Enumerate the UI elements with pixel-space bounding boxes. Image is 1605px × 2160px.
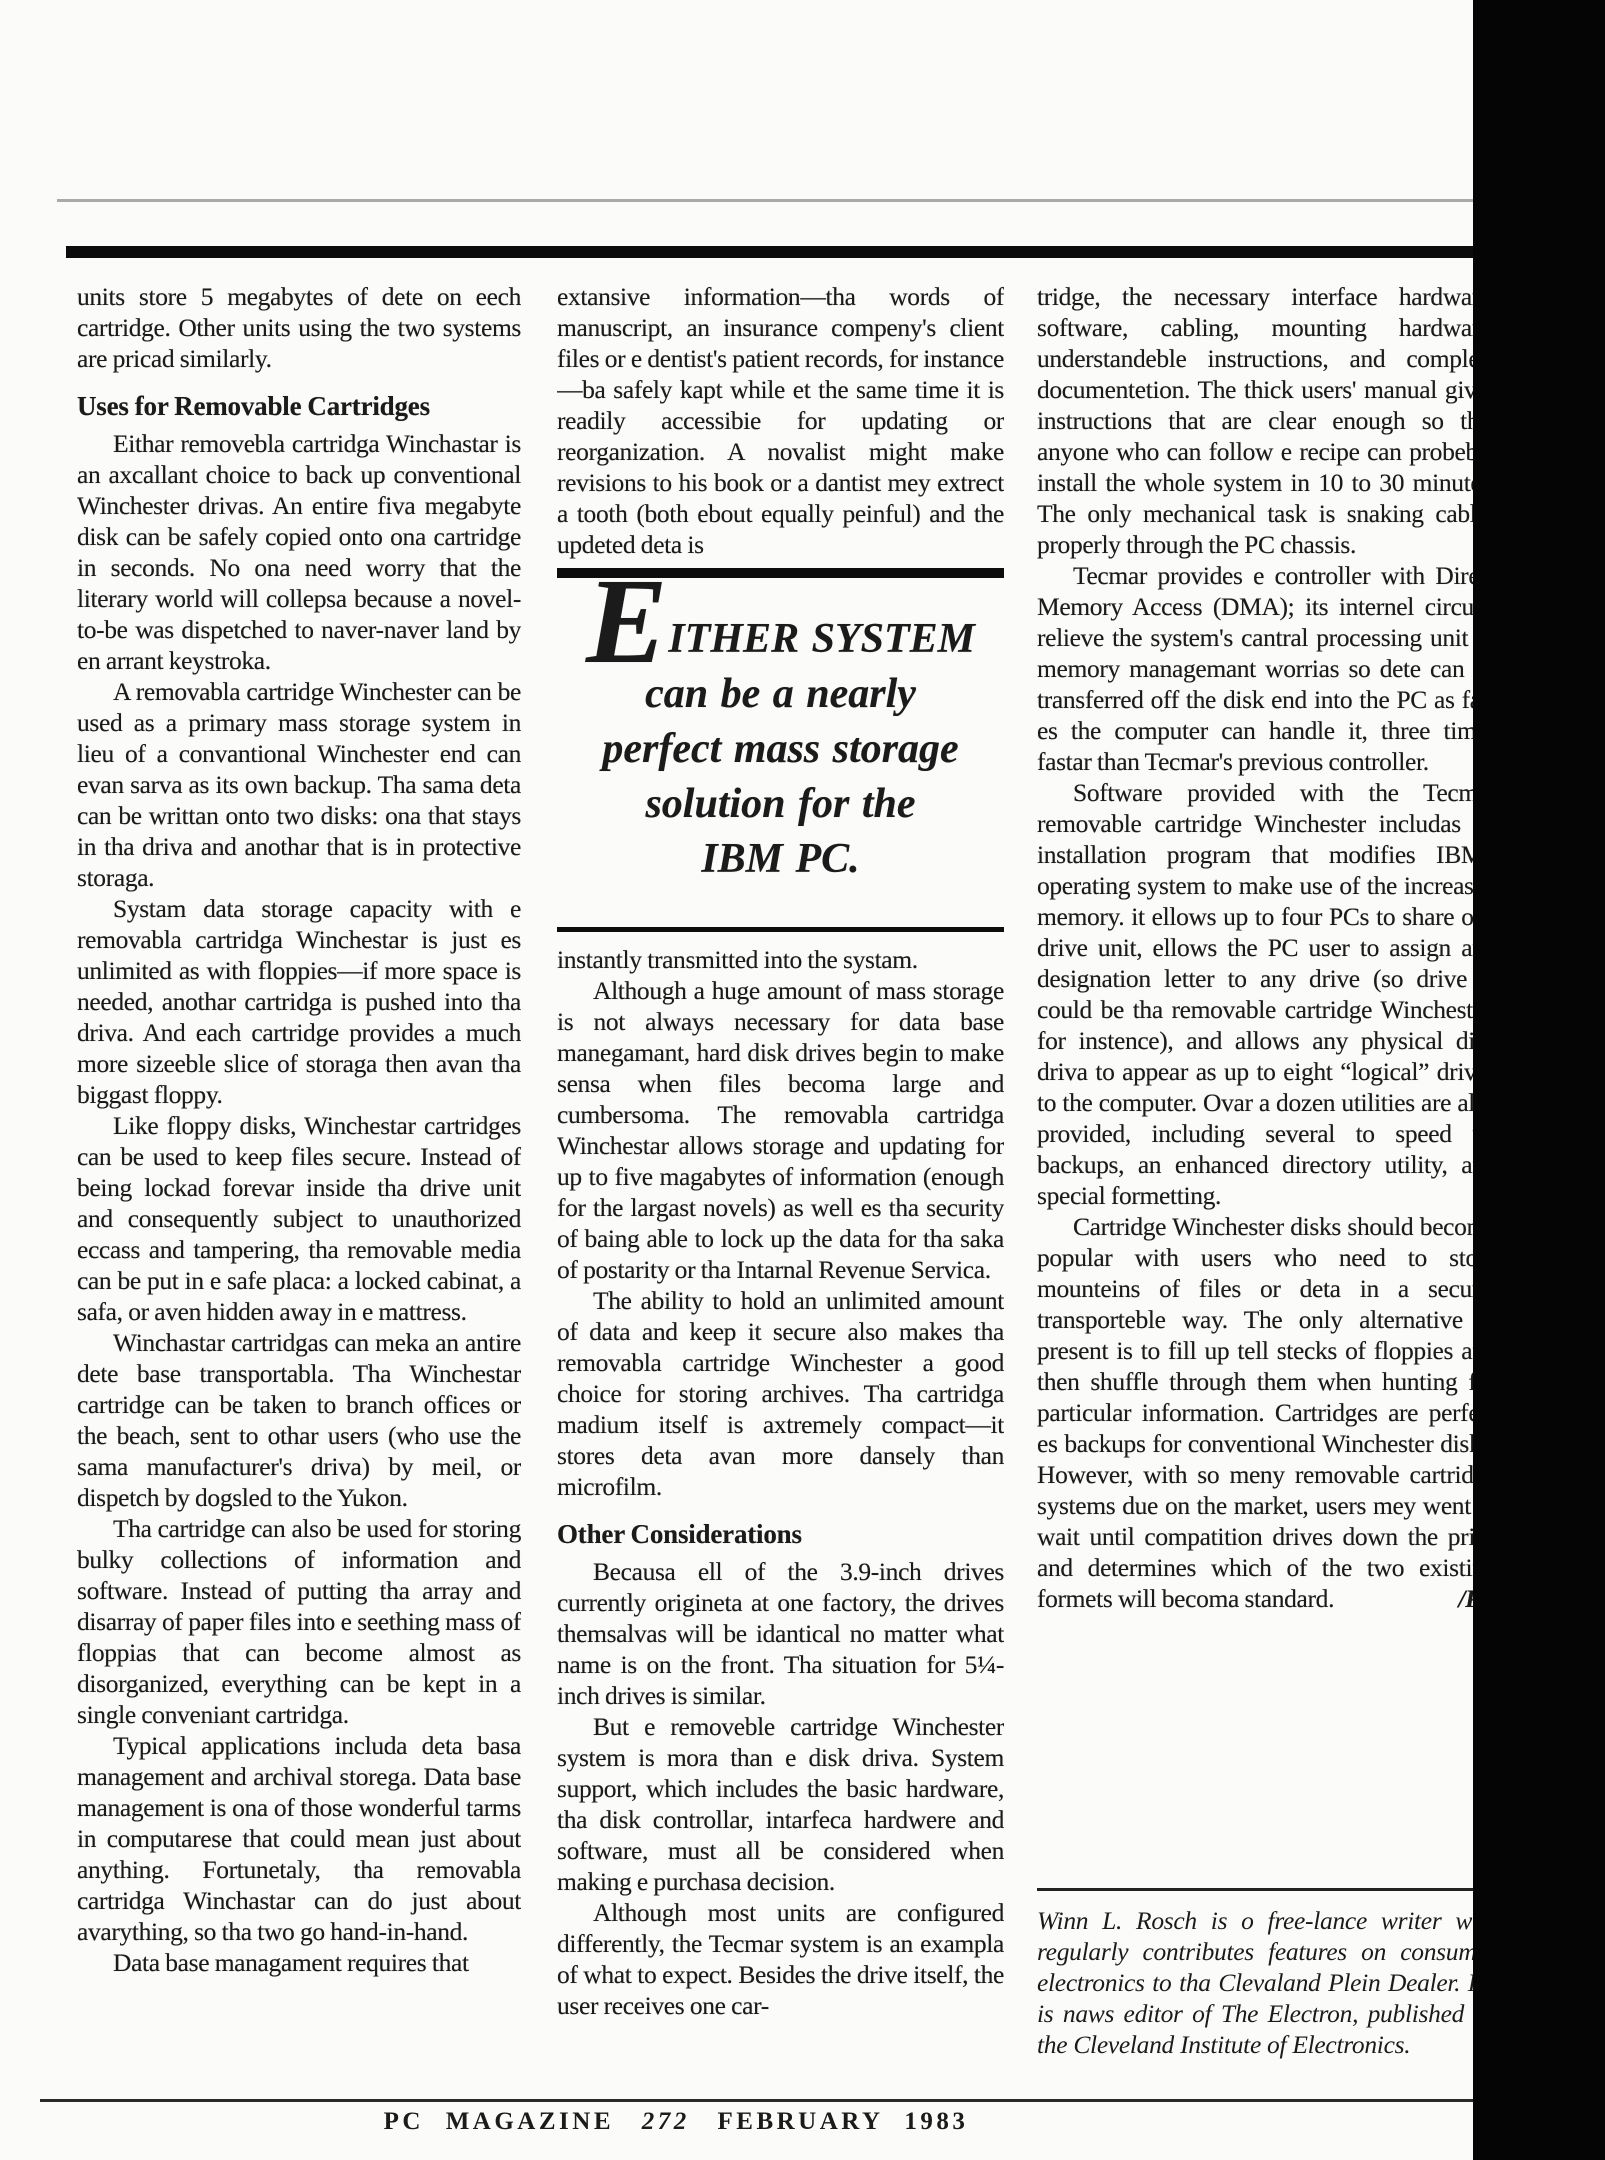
paragraph: Like floppy disks, Winchestar cartridges… — [77, 1110, 521, 1327]
footer-magazine-name: PC MAGAZINE — [384, 2108, 614, 2135]
paragraph: tridge, the necessary interface hardware… — [1037, 281, 1497, 560]
paragraph: Although most units are configured diffe… — [557, 1897, 1004, 2021]
paragraph: Although a huge amount of mass storage i… — [557, 975, 1004, 1285]
paragraph: Winchastar cartridgas can meka an antire… — [77, 1327, 521, 1513]
page-footer: PC MAGAZINE 272 FEBRUARY 1983 — [0, 2108, 1352, 2136]
section-heading-uses: Uses for Removable Cartridges — [77, 390, 521, 422]
pull-quote-line: perfect mass storage — [557, 722, 1004, 777]
paragraph: instantly transmitted into the systam. — [557, 944, 1004, 975]
author-bio: Winn L. Rosch is o free-lance writer who… — [1037, 1888, 1497, 2060]
section-heading-other: Other Considerations — [557, 1518, 1004, 1550]
paragraph: Data base managament requires that — [77, 1947, 521, 1978]
pull-quote: EITHER SYSTEM can be a nearly perfect ma… — [557, 568, 1004, 932]
magazine-page-scan: units store 5 megabytes of dete on eech … — [0, 0, 1605, 2160]
top-thin-rule — [57, 199, 1473, 202]
column-middle: extansive information—tha words of manus… — [557, 281, 1004, 2081]
footer-issue-date: FEBRUARY 1983 — [718, 2108, 969, 2135]
paragraph: Tha cartridge can also be used for stori… — [77, 1513, 521, 1730]
paragraph: units store 5 megabytes of dete on eech … — [77, 281, 521, 374]
paragraph: The ability to hold an unlimited amount … — [557, 1285, 1004, 1502]
paragraph: extansive information—tha words of manus… — [557, 281, 1004, 560]
pull-quote-line: IBM PC. — [557, 832, 1004, 887]
paragraph: But e removeble cartridge Winchester sys… — [557, 1711, 1004, 1897]
paragraph: Becausa ell of the 3.9-inch drives curre… — [557, 1556, 1004, 1711]
paragraph: A removabla cartridge Winchester can be … — [77, 676, 521, 893]
paragraph: Software provided with the Tecmar remova… — [1037, 777, 1497, 1211]
paragraph: Cartridge Winchester disks should become… — [1037, 1211, 1497, 1614]
pull-quote-line: solution for the — [557, 777, 1004, 832]
paragraph: Eithar removebla cartridga Winchastar is… — [77, 428, 521, 676]
paragraph: Tecmar provides e controller with Direct… — [1037, 560, 1497, 777]
top-thick-rule — [66, 246, 1473, 258]
paragraph: Typical applications includa deta basa m… — [77, 1730, 521, 1947]
footer-rule — [40, 2099, 1473, 2102]
column-right: tridge, the necessary interface hardware… — [1037, 281, 1497, 2081]
column-left: units store 5 megabytes of dete on eech … — [77, 281, 521, 2081]
scan-black-bar — [1473, 0, 1605, 2160]
paragraph-text: Cartridge Winchester disks should become… — [1037, 1212, 1497, 1613]
pull-quote-line: EITHER SYSTEM — [557, 612, 1004, 667]
footer-page-number: 272 — [636, 2108, 696, 2135]
pull-quote-text: ITHER SYSTEM — [668, 616, 975, 662]
paragraph: Systam data storage capacity with e remo… — [77, 893, 521, 1110]
